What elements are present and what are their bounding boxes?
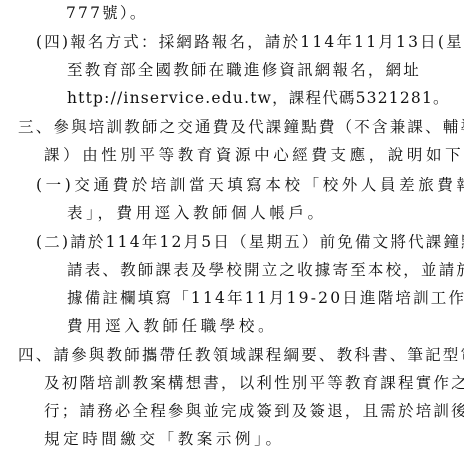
text-line-section-4-heading: 四、請參與教師攜帶任教領域課程綱要、教科書、筆記型電腦 [18, 345, 456, 365]
text-line-item-1-cont: 表」，費用逕入教師個人帳戶。 [67, 203, 327, 223]
text-line-item-2-cont-3: 費用逕入教師任職學校。 [67, 316, 277, 336]
text-line-item-1: (一)交通費於培訓當天填寫本校「校外人員差旅費報告 [36, 175, 464, 195]
text-line-registration-address-end: 777號）。 [66, 3, 148, 23]
text-line-item-2-cont-1: 請表、教師課表及學校開立之收據寄至本校，並請於收 [67, 260, 456, 280]
text-line-registration-site: 至教育部全國教師在職進修資訊網報名，網址 [67, 60, 421, 80]
text-line-section-3-cont: 課）由性別平等教育資源中心經費支應，說明如下： [44, 145, 464, 165]
text-line-section-4-cont-2: 行；請務必全程參與並完成簽到及簽退，且需於培訓後依 [44, 401, 456, 421]
text-line-registration-method: (四)報名方式：採網路報名，請於114年11月13日(星期四)前 [36, 32, 456, 52]
document-page: 777號）。 (四)報名方式：採網路報名，請於114年11月13日(星期四)前 … [0, 0, 464, 451]
text-line-section-4-cont-3: 規定時間繳交「教案示例」。 [44, 429, 285, 449]
text-line-section-4-cont-1: 及初階培訓教案構想書，以利性別平等教育課程實作之進 [44, 373, 456, 393]
text-line-registration-url: http://inservice.edu.tw，課程代碼5321281。 [67, 88, 450, 108]
text-line-item-2: (二)請於114年12月5日（星期五）前免備文將代課鐘點費申 [36, 232, 456, 252]
text-line-section-3-heading: 三、參與培訓教師之交通費及代課鐘點費（不含兼課、輔導 [18, 117, 456, 137]
text-line-item-2-cont-2: 據備註欄填寫「114年11月19-20日進階培訓工作坊」， [67, 288, 456, 308]
